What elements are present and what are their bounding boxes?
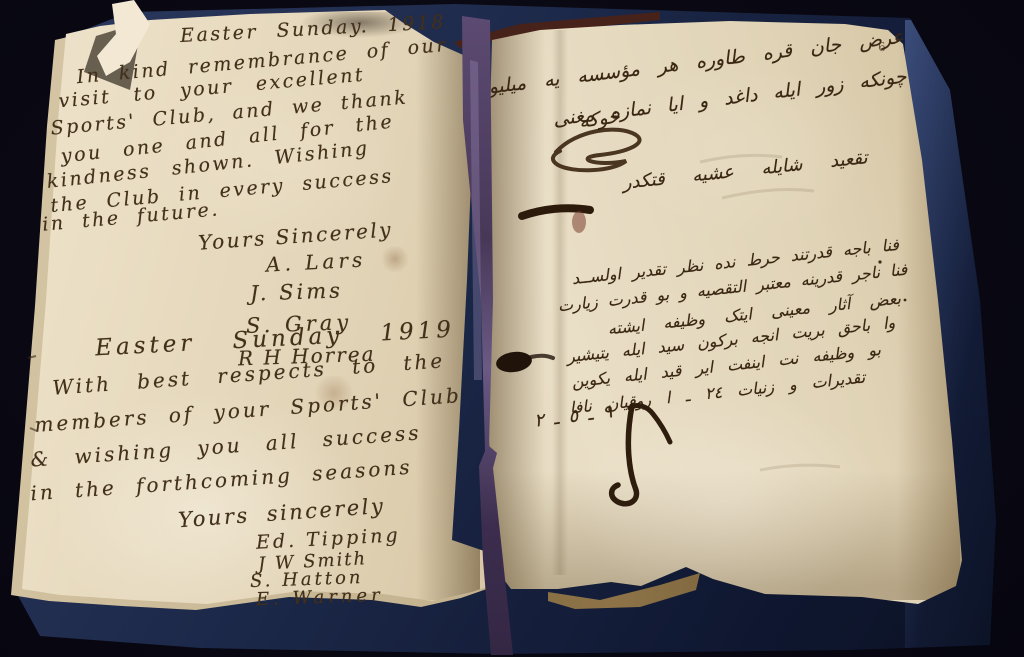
speck xyxy=(878,260,881,263)
ribbon-bookmark xyxy=(462,16,513,655)
speck xyxy=(904,299,907,302)
red-ink-stain xyxy=(572,211,586,233)
ink-blot xyxy=(495,350,533,375)
ink-blot-streak xyxy=(531,356,553,358)
ink-and-ribbon-overlay xyxy=(0,0,1024,657)
bleed-through-marks xyxy=(700,155,840,470)
ottoman-flourish-scribble xyxy=(553,130,640,171)
paper-specks xyxy=(28,356,37,431)
signature-flourish xyxy=(612,406,670,504)
photo-scene: Easter Sunday. 1918 In kind remembrance … xyxy=(0,0,1024,657)
